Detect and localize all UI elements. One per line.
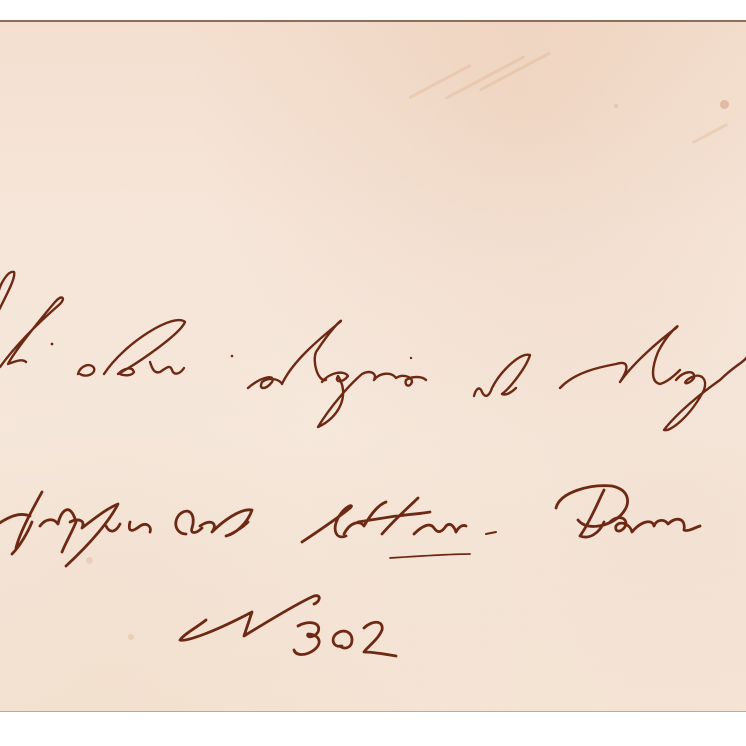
scan-canvas: …li obici salgeno il Mergh… …Apafia del … — [0, 0, 746, 746]
paper-card: …li obici salgeno il Mergh… …Apafia del … — [0, 20, 746, 712]
